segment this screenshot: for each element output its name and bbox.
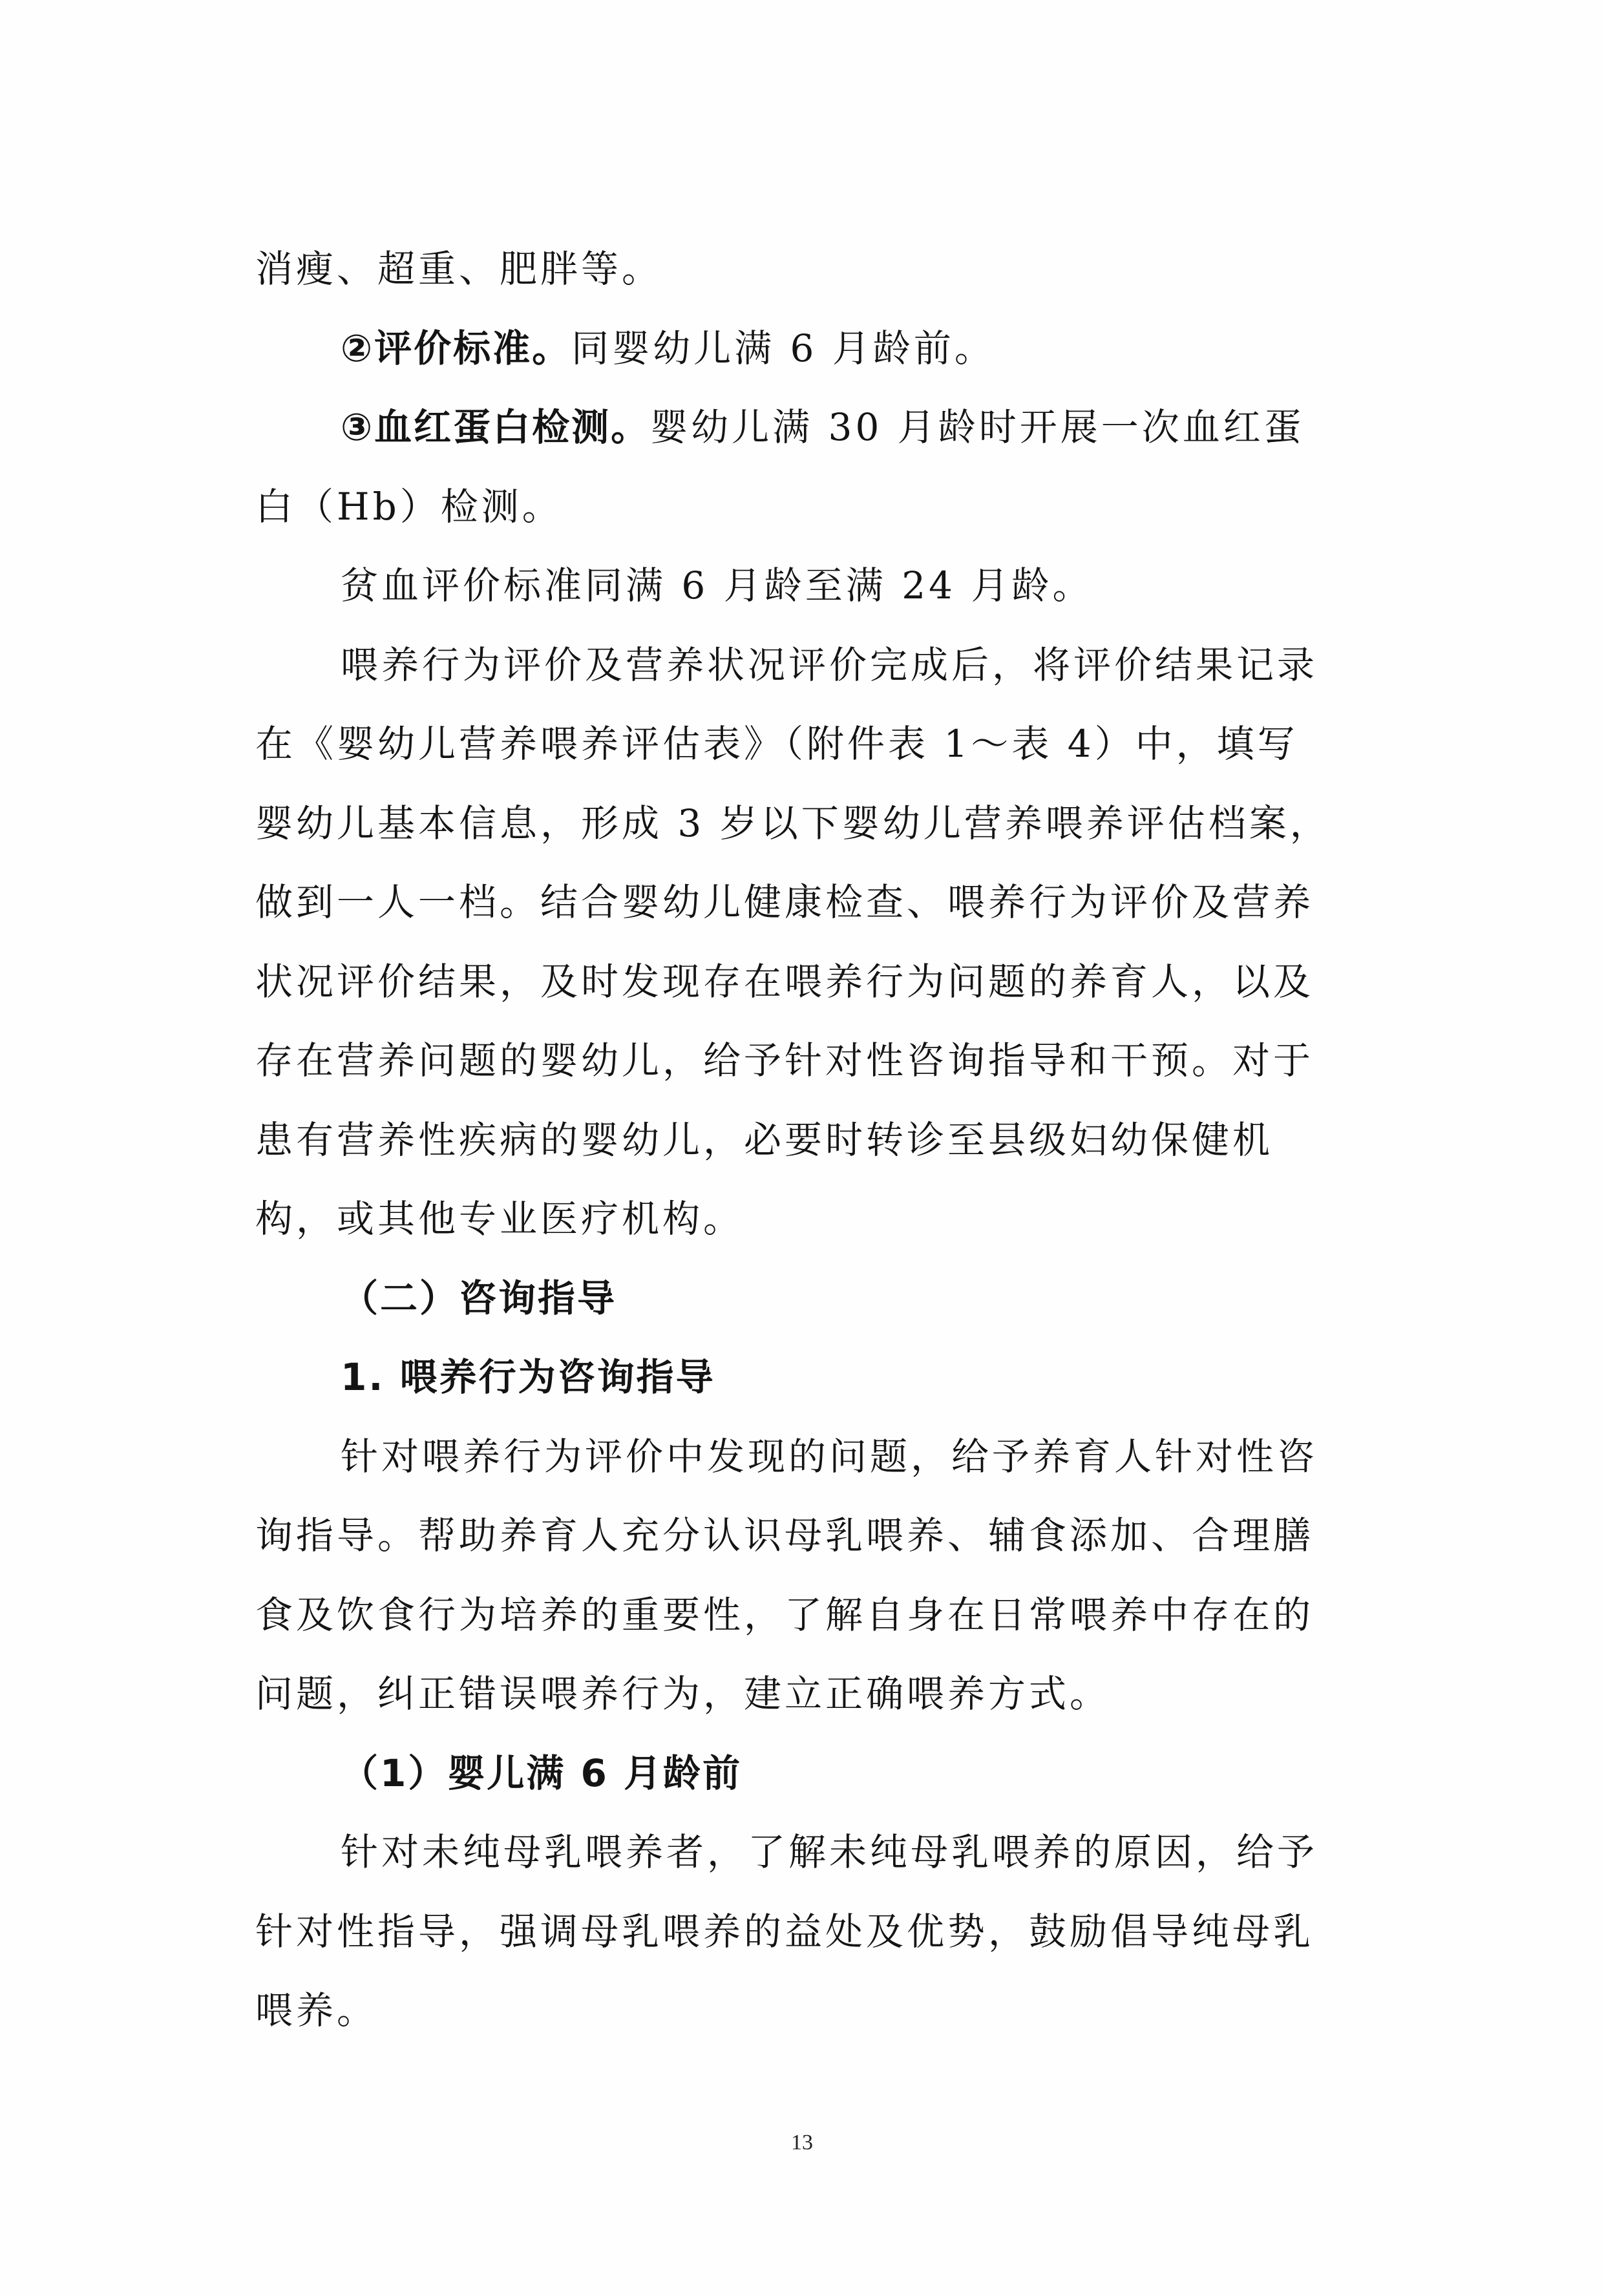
paragraph-line: 喂养行为评价及营养状况评价完成后，将评价结果记录 xyxy=(255,626,1370,705)
subsection-heading-feeding-behavior: 1. 喂养行为咨询指导 xyxy=(255,1338,1370,1417)
subsection-heading-before-6-months: （1）婴儿满 6 月龄前 xyxy=(255,1734,1370,1813)
paragraph-line: 婴幼儿基本信息，形成 3 岁以下婴幼儿营养喂养评估档案， xyxy=(255,784,1370,863)
section-heading-consultation-guidance: （二）咨询指导 xyxy=(255,1259,1370,1338)
paragraph-line: 做到一人一档。结合婴幼儿健康检查、喂养行为评价及营养 xyxy=(255,863,1370,942)
paragraph-line: 针对喂养行为评价中发现的问题，给予养育人针对性咨 xyxy=(255,1417,1370,1497)
paragraph-line: 患有营养性疾病的婴幼儿，必要时转诊至县级妇幼保健机 xyxy=(255,1101,1370,1180)
paragraph-line: 贫血评价标准同满 6 月龄至满 24 月龄。 xyxy=(255,546,1370,626)
paragraph-line: 构，或其他专业医疗机构。 xyxy=(255,1179,1370,1259)
paragraph-line: 存在营养问题的婴幼儿，给予针对性咨询指导和干预。对于 xyxy=(255,1021,1370,1101)
paragraph-line: 白（Hb）检测。 xyxy=(255,467,1370,547)
paragraph-line: ③血红蛋白检测。婴幼儿满 30 月龄时开展一次血红蛋 xyxy=(255,388,1370,467)
paragraph-line: 消瘦、超重、肥胖等。 xyxy=(255,229,1370,309)
paragraph-line: 询指导。帮助养育人充分认识母乳喂养、辅食添加、合理膳 xyxy=(255,1496,1370,1575)
item-text: 婴幼儿满 30 月龄时开展一次血红蛋 xyxy=(650,405,1305,449)
paragraph-line: ②评价标准。同婴幼儿满 6 月龄前。 xyxy=(255,309,1370,388)
paragraph-line: 针对未纯母乳喂养者，了解未纯母乳喂养的原因，给予 xyxy=(255,1813,1370,1892)
item-lead-evaluation-standard: ②评价标准。 xyxy=(341,326,571,370)
body-text: 消瘦、超重、肥胖等。 ②评价标准。同婴幼儿满 6 月龄前。 ③血红蛋白检测。婴幼… xyxy=(255,229,1370,2050)
paragraph-line: 喂养。 xyxy=(255,1971,1370,2050)
paragraph-line: 问题，纠正错误喂养行为，建立正确喂养方式。 xyxy=(255,1654,1370,1734)
page-number: 13 xyxy=(0,2131,1604,2155)
paragraph-line: 食及饮食行为培养的重要性，了解自身在日常喂养中存在的 xyxy=(255,1575,1370,1655)
item-text: 同婴幼儿满 6 月龄前。 xyxy=(571,326,995,370)
paragraph-line: 状况评价结果，及时发现存在喂养行为问题的养育人，以及 xyxy=(255,942,1370,1022)
paragraph-line: 针对性指导，强调母乳喂养的益处及优势，鼓励倡导纯母乳 xyxy=(255,1892,1370,1972)
item-lead-hemoglobin-test: ③血红蛋白检测。 xyxy=(341,405,650,449)
paragraph-line: 在《婴幼儿营养喂养评估表》（附件表 1～表 4）中，填写 xyxy=(255,704,1370,784)
document-page: 消瘦、超重、肥胖等。 ②评价标准。同婴幼儿满 6 月龄前。 ③血红蛋白检测。婴幼… xyxy=(0,0,1604,2296)
